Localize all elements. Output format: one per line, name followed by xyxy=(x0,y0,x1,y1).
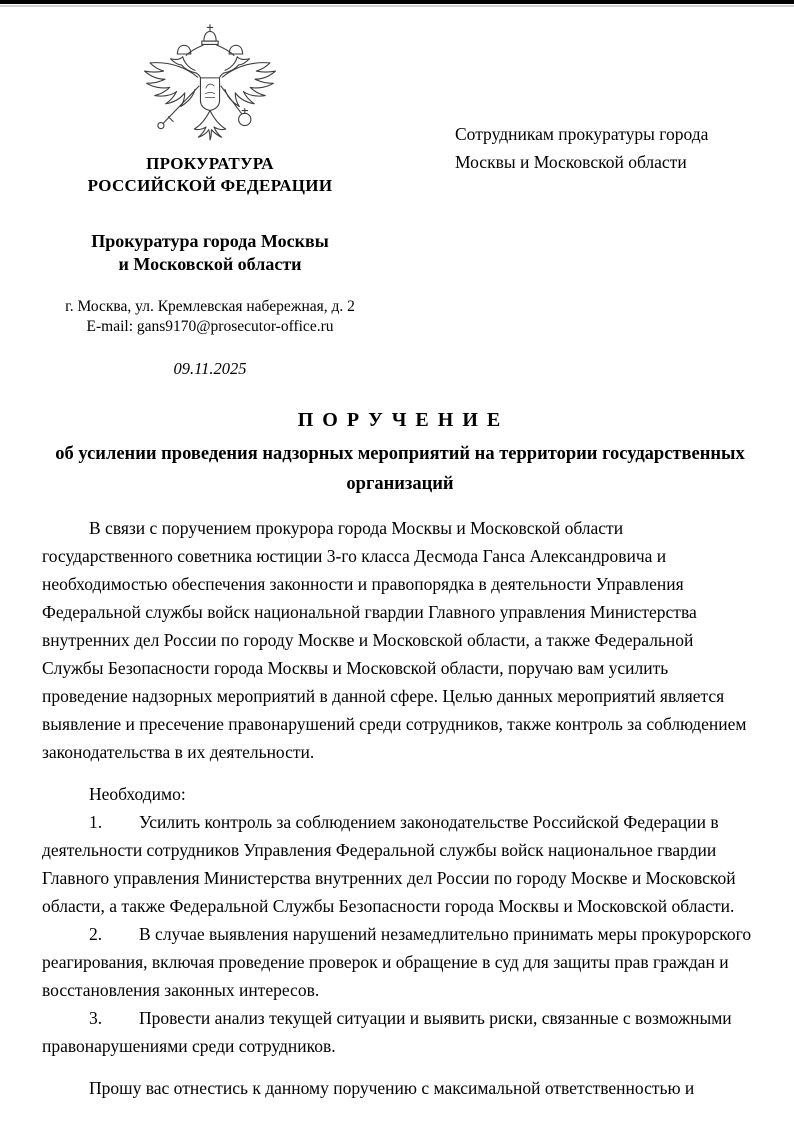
org-name-line2: РОССИЙСКОЙ ФЕДЕРАЦИИ xyxy=(42,175,378,197)
necessity-label: Необходимо: xyxy=(42,780,758,808)
list-item-2: 2.В случае выявления нарушений незамедли… xyxy=(42,920,758,1004)
list-item-1-number: 1. xyxy=(89,808,139,836)
closing-paragraph: Прошу вас отнестись к данному поручению … xyxy=(42,1074,758,1102)
document-date: 09.11.2025 xyxy=(42,359,378,379)
letterhead-left-column: ПРОКУРАТУРА РОССИЙСКОЙ ФЕДЕРАЦИИ Прокура… xyxy=(42,14,378,379)
addressee-block: Сотрудникам прокуратуры города Москвы и … xyxy=(378,14,708,176)
list-item-2-text: В случае выявления нарушений незамедлите… xyxy=(42,924,751,1000)
document-title: П О Р У Ч Е Н И Е xyxy=(42,409,758,432)
department-name: Прокуратура города Москвы и Московской о… xyxy=(42,230,378,276)
list-item-3-text: Провести анализ текущей ситуации и выяви… xyxy=(42,1008,732,1056)
document-page: ПРОКУРАТУРА РОССИЙСКОЙ ФЕДЕРАЦИИ Прокура… xyxy=(0,7,794,1102)
russia-coat-of-arms-icon xyxy=(42,22,378,146)
contact-block: г. Москва, ул. Кремлевская набережная, д… xyxy=(42,297,378,337)
department-name-line1: Прокуратура города Москвы xyxy=(42,230,378,253)
list-item-1: 1.Усилить контроль за соблюдением законо… xyxy=(42,808,758,920)
org-name: ПРОКУРАТУРА РОССИЙСКОЙ ФЕДЕРАЦИИ xyxy=(42,153,378,197)
list-item-3: 3.Провести анализ текущей ситуации и выя… xyxy=(42,1004,758,1060)
list-item-3-number: 3. xyxy=(89,1004,139,1032)
department-name-line2: и Московской области xyxy=(42,253,378,276)
postal-address: г. Москва, ул. Кремлевская набережная, д… xyxy=(42,297,378,317)
body-paragraph-1: В связи с поручением прокурора города Мо… xyxy=(42,514,758,766)
org-name-line1: ПРОКУРАТУРА xyxy=(42,153,378,175)
addressee-line2: Москвы и Московской области xyxy=(455,148,708,176)
title-block: П О Р У Ч Е Н И Е об усилении проведения… xyxy=(42,409,758,499)
letterhead: ПРОКУРАТУРА РОССИЙСКОЙ ФЕДЕРАЦИИ Прокура… xyxy=(42,14,758,379)
email-address: E-mail: gans9170@prosecutor-office.ru xyxy=(42,317,378,337)
list-item-2-number: 2. xyxy=(89,920,139,948)
document-subtitle: об усилении проведения надзорных меропри… xyxy=(42,439,758,499)
list-item-1-text: Усилить контроль за соблюдением законода… xyxy=(42,812,736,916)
addressee-line1: Сотрудникам прокуратуры города xyxy=(455,120,708,148)
